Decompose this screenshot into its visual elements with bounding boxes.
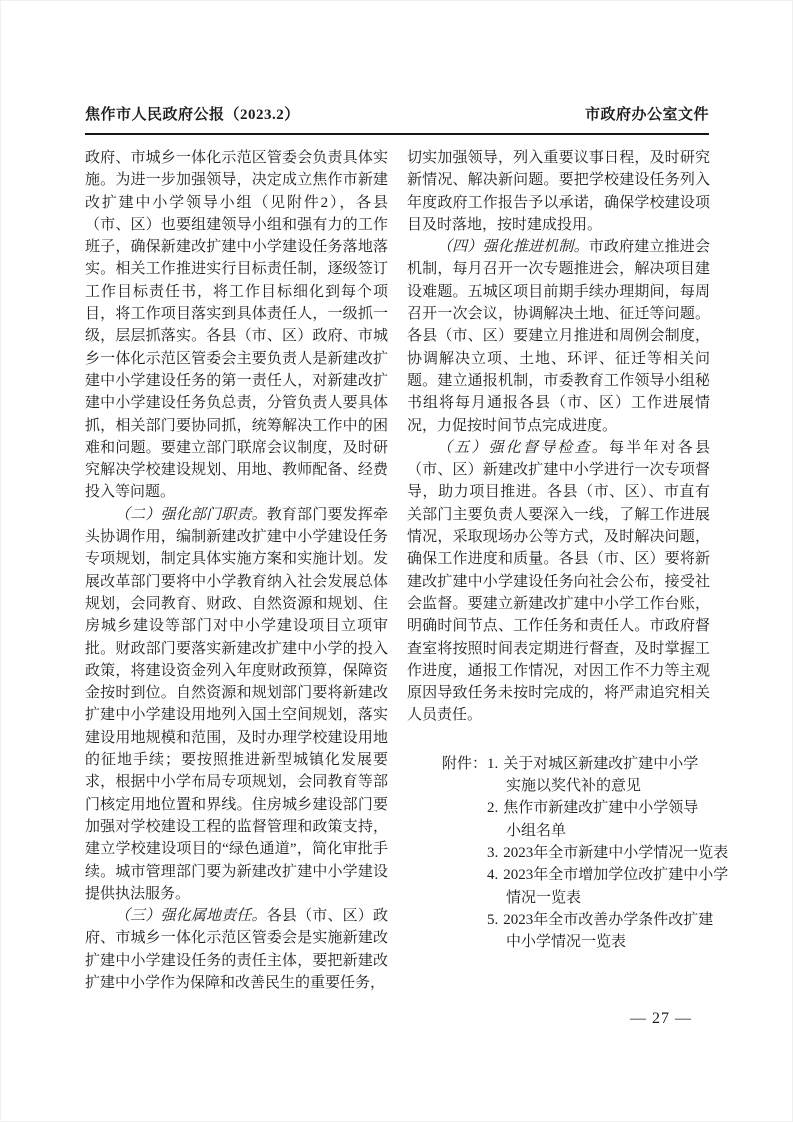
attachment-number: 3.: [487, 845, 498, 861]
header-divider: [85, 133, 709, 135]
paragraph: （二）强化部门职责。教育部门要发挥牵头协调作用，编制新建改扩建中小学建设任务专项…: [85, 504, 388, 905]
text-column-right: 切实加强领导，列入重要议事日程，及时研究新情况、解决新问题。要把学校建设任务列入…: [407, 147, 710, 953]
text-column-left: 政府、市城乡一体化示范区管委会负责具体实施。为进一步加强领导，决定成立焦作市新建…: [85, 147, 388, 994]
attachment-item: 4.2023年全市增加学位改扩建中小学情况一览表: [487, 864, 728, 909]
attachments-block: 附件： 1.关于对城区新建改扩建中小学实施以奖代补的意见2.焦作市新建改扩建中小…: [407, 753, 710, 954]
section-heading: （三）强化属地责任。: [115, 908, 267, 924]
document-category: 市政府办公室文件: [585, 103, 709, 124]
section-heading: （四）强化推进机制。: [437, 239, 589, 255]
paragraph: （五）强化督导检查。每半年对各县（市、区）新建改扩建中小学进行一次专项督导，助力…: [407, 437, 710, 727]
attachment-number: 2.: [487, 800, 498, 816]
paragraph: 切实加强领导，列入重要议事日程，及时研究新情况、解决新问题。要把学校建设任务列入…: [407, 147, 710, 236]
right-column-paragraphs: 切实加强领导，列入重要议事日程，及时研究新情况、解决新问题。要把学校建设任务列入…: [407, 147, 710, 727]
attachment-item: 1.关于对城区新建改扩建中小学实施以奖代补的意见: [487, 753, 728, 798]
publication-title: 焦作市人民政府公报（2023.2）: [85, 103, 300, 124]
page-number: — 27 —: [601, 1010, 721, 1028]
paragraph: （三）强化属地责任。各县（市、区）政府、市城乡一体化示范区管委会是实施新建改扩建…: [85, 905, 388, 994]
paragraph: （四）强化推进机制。市政府建立推进会机制，每月召开一次专题推进会，解决项目建设难…: [407, 236, 710, 437]
attachment-number: 1.: [487, 756, 498, 772]
section-heading: （五）强化督导检查。: [437, 440, 609, 456]
attachments-label: 附件：: [442, 753, 487, 954]
attachment-item: 5.2023年全市改善办学条件改扩建中小学情况一览表: [487, 909, 728, 954]
attachment-number: 4.: [487, 867, 498, 883]
attachment-item: 3.2023年全市新建中小学情况一览表: [487, 842, 728, 864]
paragraph: 政府、市城乡一体化示范区管委会负责具体实施。为进一步加强领导，决定成立焦作市新建…: [85, 147, 388, 504]
attachment-item: 2.焦作市新建改扩建中小学领导小组名单: [487, 797, 728, 842]
attachment-number: 5.: [487, 912, 498, 928]
gazette-page: 焦作市人民政府公报（2023.2） 市政府办公室文件 政府、市城乡一体化示范区管…: [0, 0, 793, 1122]
section-heading: （二）强化部门职责。: [115, 507, 267, 523]
attachments-list: 1.关于对城区新建改扩建中小学实施以奖代补的意见2.焦作市新建改扩建中小学领导小…: [487, 753, 728, 954]
